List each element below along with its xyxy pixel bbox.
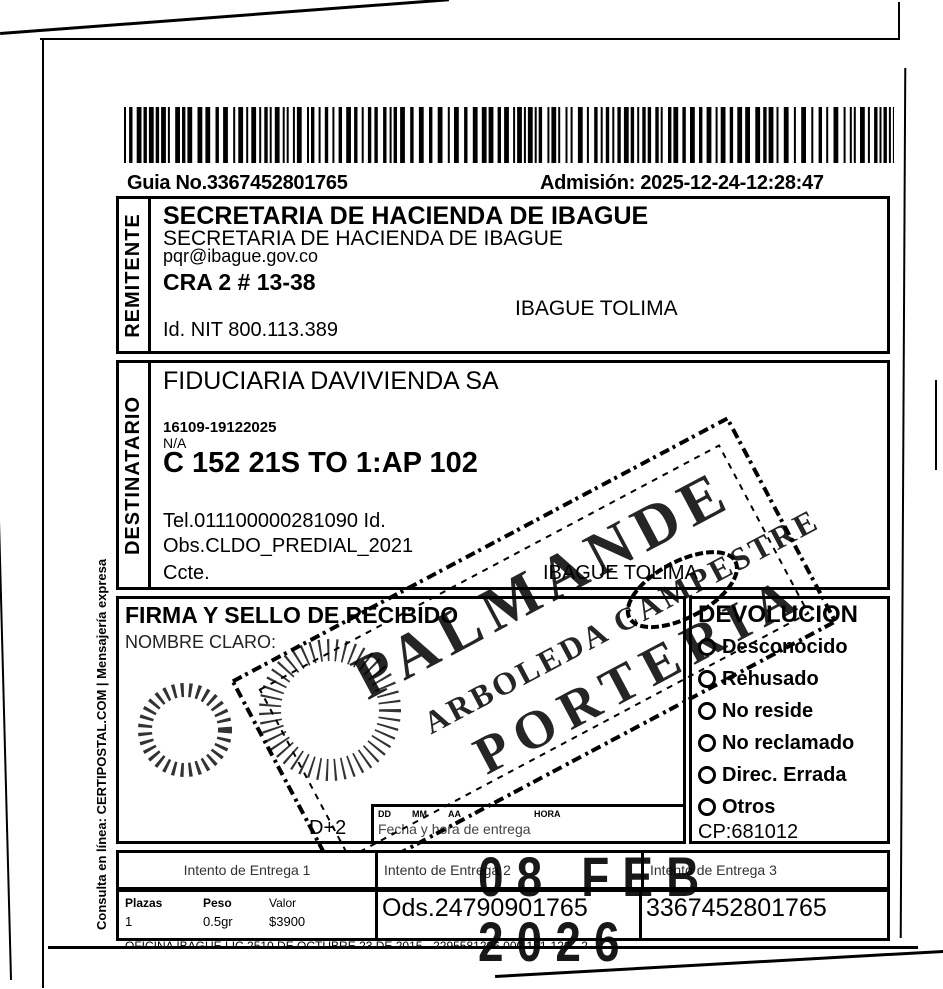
peso-value: 0.5gr [203, 914, 233, 929]
fecha-entrega-box: DD MM AA HORA Fecha y hora de entrega [371, 804, 686, 844]
radio-circle-icon[interactable] [698, 670, 716, 688]
scan-edge-left-outer [0, 520, 12, 980]
nombre-claro-label: NOMBRE CLARO: [125, 632, 276, 653]
destinatario-name: FIDUCIARIA DAVIVIENDA SA [163, 367, 499, 396]
recibido-title: FIRMA Y SELLO DE RECIBIDO [125, 602, 458, 629]
destinatario-tel: Tel.011100000281090 Id. [163, 510, 386, 533]
remitente-label: REMITENTE [119, 199, 151, 351]
scan-edge-right-outer [935, 380, 937, 470]
destinatario-city: IBAGUE TOLIMA [543, 562, 698, 585]
destinatario-ref: 16109-19122025 [163, 419, 276, 436]
remitente-email: pqr@ibague.gov.co [163, 246, 318, 267]
destinatario-ccte: Ccte. [163, 562, 210, 585]
radio-circle-icon[interactable] [698, 734, 716, 752]
devolucion-option-no-reside[interactable]: No reside [698, 695, 887, 727]
delivery-term: D+2 [309, 817, 346, 840]
remitente-id: Id. NIT 800.113.389 [163, 319, 338, 342]
valor-value: $3900 [269, 914, 305, 929]
recibido-section: FIRMA Y SELLO DE RECIBIDO NOMBRE CLARO: … [116, 596, 686, 844]
radio-circle-icon[interactable] [698, 702, 716, 720]
footer-table: Plazas 1 Peso 0.5gr Valor $3900 Ods.2479… [116, 889, 890, 941]
scan-edge-top [40, 38, 900, 40]
radio-circle-icon[interactable] [698, 638, 716, 656]
date-header-hora: HORA [534, 809, 561, 819]
date-header-aa: AA [448, 809, 461, 819]
remitente-section: REMITENTE SECRETARIA DE HACIENDA DE IBAG… [116, 196, 890, 354]
tracking-site-text: Consulta en línea: CERTIPOSTAL.COM | Men… [94, 559, 109, 930]
date-header-mm: MM [412, 809, 427, 819]
remitente-city: IBAGUE TOLIMA [515, 297, 678, 321]
devolucion-option-direc-errada[interactable]: Direc. Errada [698, 759, 887, 791]
fecha-entrega-label: Fecha y hora de entrega [378, 821, 531, 837]
scan-edge-right [900, 68, 907, 938]
plazas-value: 1 [125, 914, 132, 929]
radio-circle-icon[interactable] [698, 798, 716, 816]
guia-number: Guia No.3367452801765 [127, 172, 348, 195]
peso-label: Peso [203, 896, 232, 910]
bottom-license-line: OFICINA IBAGUE LIC 2510 DE OCTUBRE 23 DE… [125, 938, 588, 947]
scan-edge-right-top [898, 2, 900, 38]
scan-edge-top-diagonal [0, 0, 449, 35]
devolucion-option-otros[interactable]: Otros [698, 791, 887, 823]
envio-details: Plazas 1 Peso 0.5gr Valor $3900 [119, 892, 378, 938]
intentos-row: Intento de Entrega 1 Intento de Entrega … [116, 850, 890, 890]
scan-edge-bottom-diagonal [495, 950, 943, 978]
radio-circle-icon[interactable] [698, 766, 716, 784]
admision-timestamp: Admisión: 2025-12-24-12:28:47 [540, 172, 824, 195]
intento-1: Intento de Entrega 1 [119, 853, 378, 887]
devolucion-option-no-reclamado[interactable]: No reclamado [698, 727, 887, 759]
remitente-address: CRA 2 # 13-38 [163, 269, 316, 296]
destinatario-obs: Obs.CLDO_PREDIAL_2021 [163, 535, 413, 558]
devolucion-option-desconocido[interactable]: Desconocido [698, 631, 887, 663]
date-header-dd: DD [378, 809, 391, 819]
ods-number: Ods.24790901765 [378, 892, 642, 938]
devolucion-section: DEVOLUCION Desconocido Rehusado No resid… [689, 596, 890, 844]
destinatario-label: DESTINATARIO [119, 363, 151, 587]
devolucion-option-rehusado[interactable]: Rehusado [698, 663, 887, 695]
guia-number-footer: 3367452801765 [642, 892, 887, 938]
valor-label: Valor [269, 896, 296, 910]
destinatario-address: C 152 21S TO 1:AP 102 [163, 447, 478, 480]
devolucion-title: DEVOLUCION [698, 601, 887, 631]
intento-3: Intento de Entrega 3 [644, 853, 887, 887]
destinatario-section: DESTINATARIO FIDUCIARIA DAVIVIENDA SA 16… [116, 360, 890, 590]
intento-2: Intento de Entrega 2 [378, 853, 644, 887]
scan-edge-left [42, 38, 44, 988]
postal-code: CP:681012 [698, 821, 887, 844]
plazas-label: Plazas [125, 896, 162, 910]
barcode [124, 107, 894, 163]
